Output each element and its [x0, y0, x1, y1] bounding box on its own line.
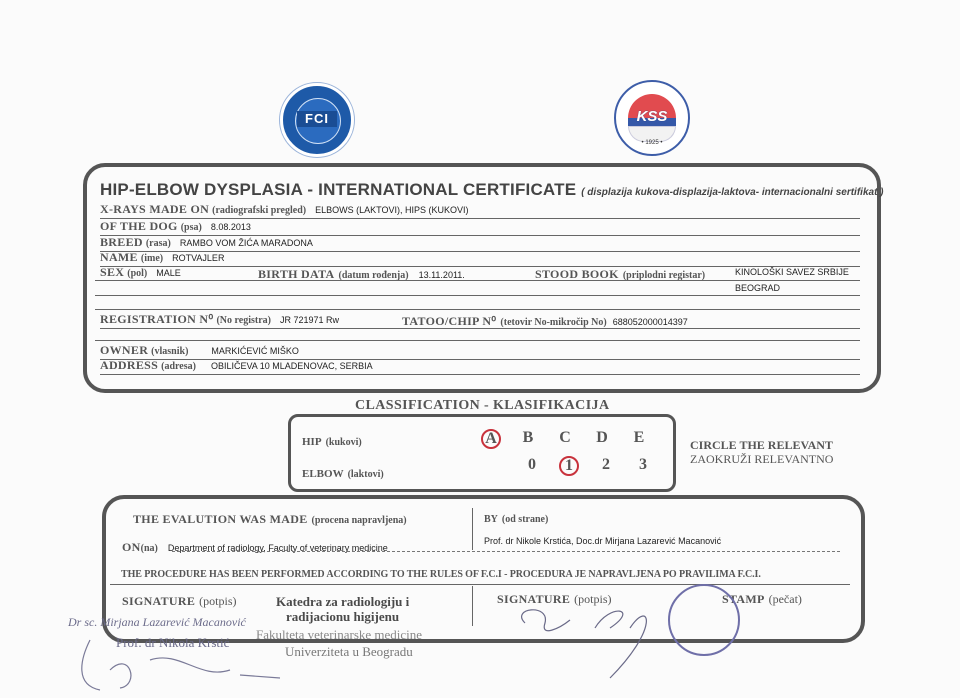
- by-value: Prof. dr Nikole Krstića, Doc.dr Mirjana …: [484, 536, 721, 546]
- grade-B[interactable]: B: [518, 429, 538, 447]
- official-stamp-icon: [668, 584, 740, 656]
- xrays-value: ELBOWS (LAKTOVI), HIPS (KUKOVI): [315, 205, 468, 215]
- stud-book-value-2: BEOGRAD: [735, 283, 780, 293]
- dog-row: OF THE DOG (psa) 8.08.2013: [100, 219, 860, 236]
- dog-value: 8.08.2013: [211, 222, 251, 232]
- registration-value: JR 721971 Rw: [280, 315, 339, 325]
- certificate-title: HIP-ELBOW DYSPLASIA - INTERNATIONAL CERT…: [100, 180, 884, 200]
- chip-field: TATOO/CHIP N⁰ (tetovir No-mikročip No) 6…: [402, 312, 688, 330]
- divider: [95, 295, 860, 296]
- divider: [95, 340, 860, 341]
- divider: [172, 551, 840, 552]
- classification-title: CLASSIFICATION - KLASIFIKACIJA: [355, 398, 609, 414]
- hip-label: HIP (kukovi): [302, 432, 362, 450]
- elbow-label: ELBOW (laktovi): [302, 464, 384, 482]
- grade-0[interactable]: 0: [522, 456, 542, 474]
- certificate-subtitle: ( displazija kukova-displazija-laktova- …: [581, 187, 883, 198]
- grade-1[interactable]: 1: [559, 456, 579, 476]
- breed-value: RAMBO VOM ŽIĆA MARADONA: [180, 238, 313, 248]
- divider: [95, 309, 860, 310]
- address-value: OBILIČEVA 10 MLADENOVAC, SERBIA: [211, 361, 373, 371]
- stud-book-value: KINOLOŠKI SAVEZ SRBIJE: [735, 267, 849, 277]
- divider: [472, 508, 473, 550]
- dept-stamp-line-2: radijacionu higijenu: [286, 609, 399, 625]
- grade-E[interactable]: E: [629, 429, 649, 447]
- xrays-row: X-RAYS MADE ON (radiografski pregled) EL…: [100, 202, 860, 219]
- chip-value: 688052000014397: [613, 317, 688, 327]
- grade-A[interactable]: A: [481, 429, 501, 449]
- birth-value: 13.11.2011.: [419, 270, 465, 280]
- owner-value: MARKIĆEVIĆ MIŠKO: [211, 346, 299, 356]
- divider: [472, 586, 473, 626]
- grade-2[interactable]: 2: [596, 456, 616, 474]
- handwritten-signature-left: [60, 600, 300, 698]
- dept-stamp-line-4: Univerziteta u Beogradu: [285, 644, 413, 660]
- name-value: ROTVAJLER: [172, 253, 224, 263]
- kss-logo-icon: KSS • 1925 •: [614, 80, 690, 156]
- grade-C[interactable]: C: [555, 429, 575, 447]
- grade-D[interactable]: D: [592, 429, 612, 447]
- by-label: BY (od strane): [484, 509, 548, 527]
- divider: [110, 584, 850, 585]
- sex-value: MALE: [156, 268, 181, 278]
- evaluation-made-label: THE EVALUTION WAS MADE (procena napravlj…: [133, 510, 407, 528]
- divider: [95, 280, 860, 281]
- circle-note: CIRCLE THE RELEVANT ZAOKRUŽI RELEVANTNO: [690, 438, 833, 466]
- address-row: ADDRESS (adresa) OBILIČEVA 10 MLADENOVAC…: [100, 358, 860, 375]
- fci-logo-icon: FCI: [280, 83, 354, 157]
- handwritten-signature-right: [510, 598, 690, 680]
- on-field: ON(na) Department of radiology, Faculty …: [122, 538, 388, 556]
- procedure-statement: THE PROCEDURE HAS BEEN PERFORMED ACCORDI…: [121, 569, 761, 580]
- grade-3[interactable]: 3: [633, 456, 653, 474]
